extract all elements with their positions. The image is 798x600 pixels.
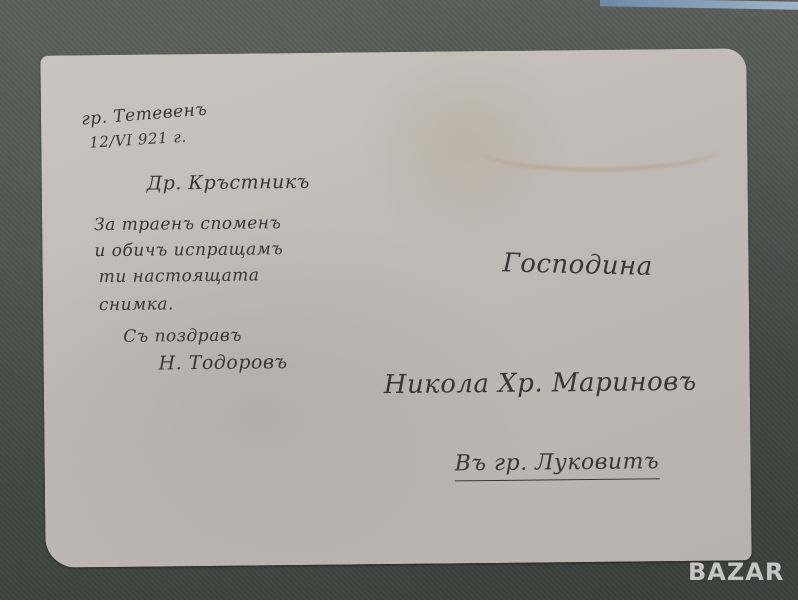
water-stain <box>481 127 721 173</box>
signature-text: Н. Тодоровъ <box>158 351 287 374</box>
greeting-text: Др. Кръстникъ <box>147 171 310 195</box>
body-line: снимка. <box>99 294 174 315</box>
body-line: и обичъ испращамъ <box>94 239 283 261</box>
photo-card-back: гр. Тетевенъ 12/VI 921 г. Др. Кръстникъ … <box>40 48 751 567</box>
bazar-watermark-logo: BAZAR <box>688 558 784 586</box>
address-salutation: Господина <box>502 248 653 282</box>
place-text: гр. Тетевенъ <box>80 100 208 130</box>
address-city: Въ гр. Луковитъ <box>455 449 660 481</box>
body-line: За траенъ споменъ <box>94 213 281 235</box>
address-name: Никола Хр. Мариновъ <box>384 367 697 400</box>
closing-text: Съ поздравъ <box>123 326 242 347</box>
body-line: ти настоящата <box>99 265 260 287</box>
date-text: 12/VI 921 г. <box>89 128 187 152</box>
